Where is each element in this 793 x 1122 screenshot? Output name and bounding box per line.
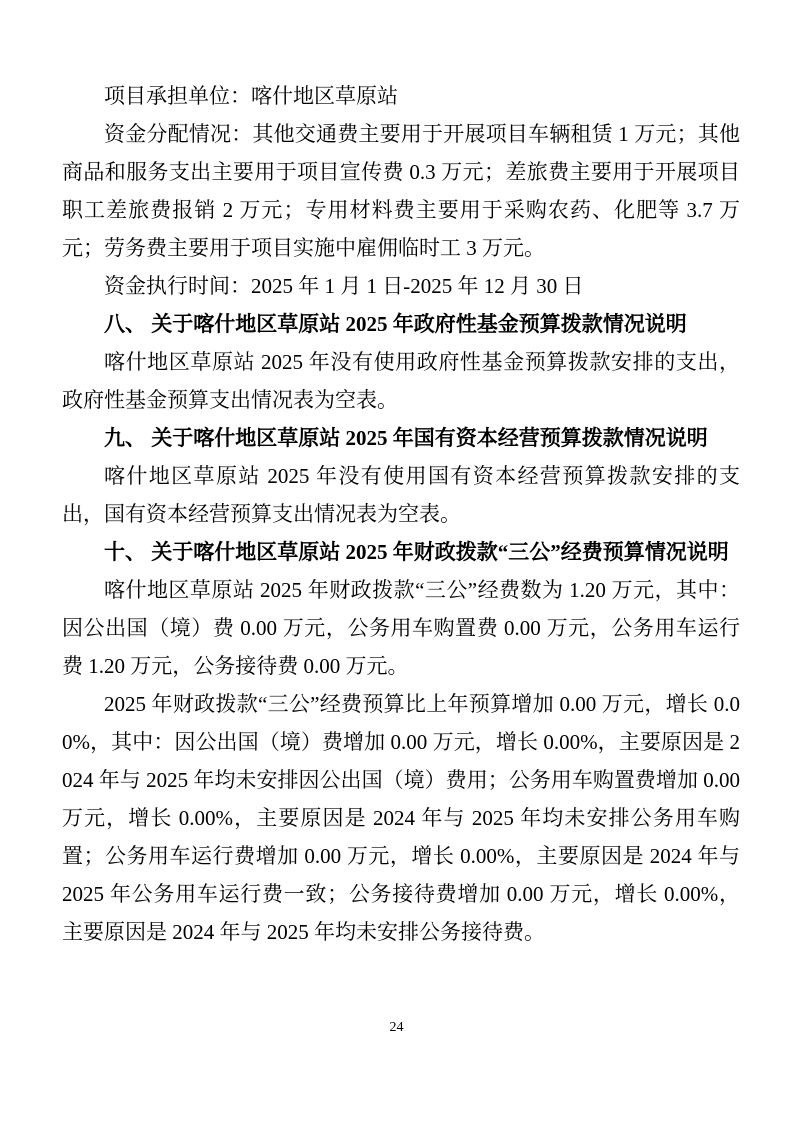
document-page: 项目承担单位：喀什地区草原站 资金分配情况：其他交通费主要用于开展项目车辆租赁 … [0, 0, 793, 1122]
heading-section-9: 九、 关于喀什地区草原站 2025 年国有资本经营预算拨款情况说明 [62, 419, 740, 457]
paragraph-section-8-body: 喀什地区草原站 2025 年没有使用政府性基金预算拨款安排的支出，政府性基金预算… [62, 343, 740, 419]
paragraph-fund-execution-time: 资金执行时间：2025 年 1 月 1 日-2025 年 12 月 30 日 [62, 267, 740, 305]
paragraph-three-public-budget: 喀什地区草原站 2025 年财政拨款“三公”经费数为 1.20 万元，其中：因公… [62, 571, 740, 685]
document-body: 项目承担单位：喀什地区草原站 资金分配情况：其他交通费主要用于开展项目车辆租赁 … [62, 77, 740, 951]
heading-section-10: 十、 关于喀什地区草原站 2025 年财政拨款“三公”经费预算情况说明 [62, 533, 740, 571]
paragraph-three-public-comparison: 2025 年财政拨款“三公”经费预算比上年预算增加 0.00 万元，增长 0.0… [62, 685, 740, 951]
paragraph-project-undertaker: 项目承担单位：喀什地区草原站 [62, 77, 740, 115]
page-number: 24 [0, 1020, 793, 1036]
paragraph-fund-allocation: 资金分配情况：其他交通费主要用于开展项目车辆租赁 1 万元；其他商品和服务支出主… [62, 115, 740, 267]
paragraph-section-9-body: 喀什地区草原站 2025 年没有使用国有资本经营预算拨款安排的支出，国有资本经营… [62, 457, 740, 533]
heading-section-8: 八、 关于喀什地区草原站 2025 年政府性基金预算拨款情况说明 [62, 305, 740, 343]
